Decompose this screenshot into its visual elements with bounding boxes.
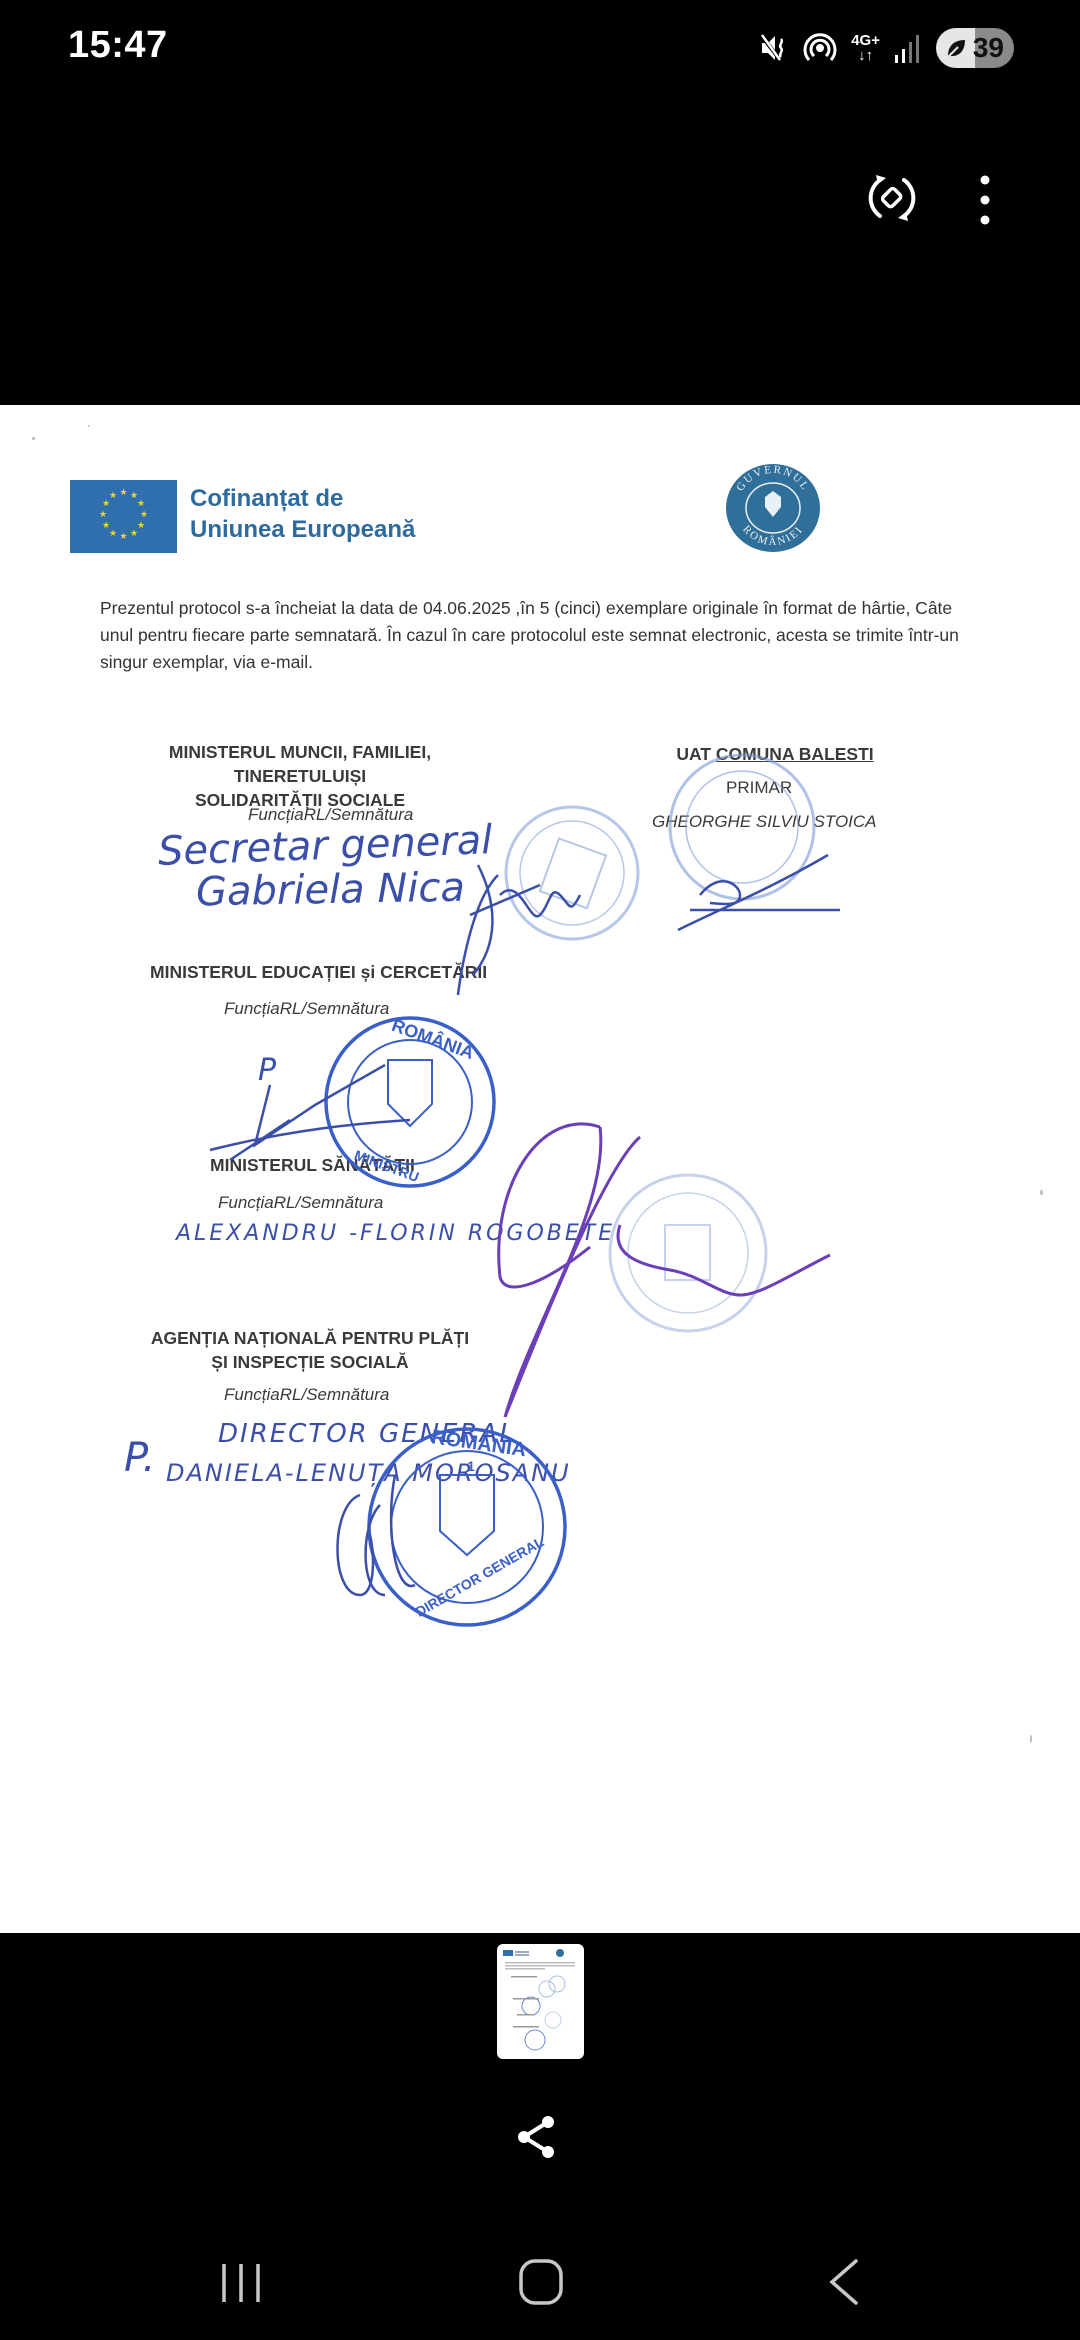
signatory-ministry-health: MINISTERUL SĂNĂTĂȚII	[210, 1153, 415, 1177]
org-name-underlined: COMUNA BALESTI	[716, 744, 874, 764]
mute-icon	[759, 31, 789, 65]
share-icon[interactable]	[512, 2112, 562, 2162]
back-icon[interactable]	[826, 2258, 862, 2306]
handwritten-prefix: P.	[124, 1435, 155, 1481]
svg-text:★: ★	[137, 499, 145, 509]
svg-text:★: ★	[102, 521, 110, 531]
home-icon[interactable]	[518, 2258, 564, 2306]
svg-text:DIRECTOR GENERAL: DIRECTOR GENERAL	[413, 1533, 547, 1620]
screen-rotate-icon[interactable]	[866, 172, 918, 224]
signatory-uat-balesti: UAT COMUNA BALESTI	[655, 742, 895, 766]
org-name-line1: AGENȚIA NAȚIONALĂ PENTRU PLĂȚI	[140, 1326, 480, 1350]
recents-icon[interactable]	[216, 2260, 266, 2306]
status-icons: 4G+ ↓↑ 39	[759, 26, 1014, 70]
handwritten-name: Gabriela Nica	[196, 865, 466, 916]
battery-level: 39	[973, 32, 1004, 64]
signal-icon	[894, 33, 922, 63]
network-type-label: 4G+	[851, 33, 880, 48]
svg-text:ROMÂNIA: ROMÂNIA	[389, 1014, 477, 1063]
eu-label-line1: Cofinanțat de	[190, 483, 415, 514]
signatory-ministry-education: MINISTERUL EDUCAȚIEI și CERCETĂRII	[150, 960, 510, 984]
role-signature-label: FuncțiaRL/Semnătura	[224, 1385, 389, 1405]
org-prefix: UAT	[676, 744, 716, 764]
svg-text:★: ★	[119, 532, 127, 542]
battery-saver-icon	[944, 36, 968, 60]
romanian-government-seal: GUVERNUL ROMÂNIEI	[724, 463, 822, 553]
svg-text:★: ★	[137, 521, 145, 531]
data-arrows-icon: ↓↑	[851, 48, 880, 63]
eu-stars-icon: ★★★ ★★★ ★★★ ★★★	[70, 480, 177, 553]
handwritten-name: DANIELA-LENUȚA MOROSANU	[166, 1459, 571, 1487]
handwritten-title: DIRECTOR GENERAL	[218, 1419, 516, 1449]
protocol-intro-text: Prezentul protocol s-a încheiat la data …	[100, 595, 980, 676]
uat-signature	[678, 855, 840, 930]
clock: 15:47	[68, 24, 168, 67]
mayor-name: GHEORGHE SILVIU STOICA	[652, 812, 877, 832]
hotspot-icon	[803, 31, 837, 65]
svg-text:★: ★	[119, 488, 127, 498]
thumbnail-preview	[497, 1944, 584, 2059]
scan-speck	[1030, 1735, 1032, 1743]
education-signature	[210, 1065, 410, 1160]
svg-text:★: ★	[109, 491, 117, 501]
svg-text:★: ★	[130, 529, 138, 539]
labour-ministry-stamp	[506, 807, 638, 939]
svg-text:★: ★	[99, 510, 107, 520]
system-nav-bar	[0, 2230, 1080, 2340]
anpis-signature	[338, 1475, 416, 1595]
scan-speck	[1040, 1190, 1043, 1195]
network-4g-plus-icon: 4G+ ↓↑	[851, 33, 880, 63]
org-name-line2: ȘI INSPECȚIE SOCIALĂ	[140, 1350, 480, 1374]
more-options-icon[interactable]	[970, 172, 1000, 228]
role-signature-label: FuncțiaRL/Semnătura	[224, 999, 389, 1019]
handwritten-initial: P	[258, 1053, 276, 1088]
page-thumbnail[interactable]	[497, 1944, 584, 2059]
eu-label-line2: Uniunea Europeană	[190, 514, 415, 545]
battery-indicator: 39	[936, 28, 1014, 68]
health-signature	[499, 1124, 830, 1417]
signatory-ministry-labour: MINISTERUL MUNCII, FAMILIEI, TINERETULUI…	[110, 740, 490, 812]
handwritten-name: ALEXANDRU -FLORIN ROGOBETE	[176, 1221, 615, 1246]
mayor-title: PRIMAR	[726, 778, 792, 798]
anpis-stamp: ROMÂNIA 1 DIRECTOR GENERAL	[369, 1424, 565, 1625]
signatory-anpis: AGENȚIA NAȚIONALĂ PENTRU PLĂȚI ȘI INSPEC…	[140, 1326, 480, 1374]
eu-flag-logo: ★★★ ★★★ ★★★ ★★★	[70, 480, 177, 553]
org-name-line1: MINISTERUL MUNCII, FAMILIEI, TINERETULUI…	[110, 740, 490, 788]
scan-speck	[88, 425, 90, 427]
status-bar: 15:47 4G+ ↓↑ 39	[0, 0, 1080, 100]
eu-cofinancing-label: Cofinanțat de Uniunea Europeană	[190, 483, 415, 545]
svg-text:★: ★	[140, 510, 148, 520]
document-page[interactable]: ★★★ ★★★ ★★★ ★★★ Cofinanțat de Uniunea Eu…	[0, 405, 1080, 1933]
role-signature-label: FuncțiaRL/Semnătura	[218, 1193, 383, 1213]
svg-text:★: ★	[109, 529, 117, 539]
scan-speck	[32, 437, 35, 440]
health-ministry-stamp	[610, 1175, 766, 1331]
